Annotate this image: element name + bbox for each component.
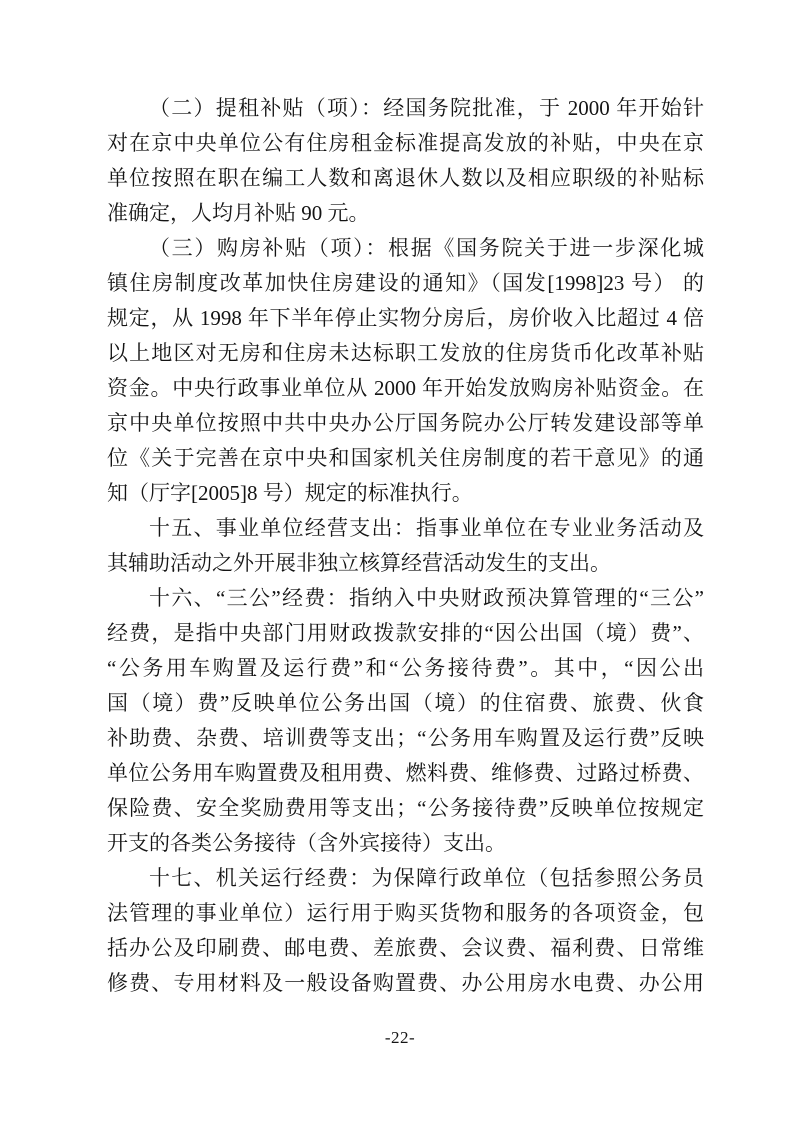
text-line: 规定，从 1998 年下半年停止实物分房后，房价收入比超过 4 倍 [107,301,704,336]
text-line: 位《关于完善在京中央和国家机关住房制度的若干意见》的通 [107,441,704,476]
text-line: 补助费、杂费、培训费等支出；“公务用车购置及运行费”反映 [107,721,704,756]
text-line: 十六、“三公”经费：指纳入中央财政预决算管理的“三公” [107,581,704,616]
text-line: 修费、专用材料及一般设备购置费、办公用房水电费、办公用 [107,966,704,1001]
paragraph: 十五、事业单位经营支出：指事业单位在专业业务活动及其辅助活动之外开展非独立核算经… [107,511,704,581]
text-line: 开支的各类公务接待（含外宾接待）支出。 [107,826,704,861]
document-page: （二）提租补贴（项）：经国务院批准，于 2000 年开始针对在京中央单位公有住房… [0,0,800,1131]
text-line: 国（境）费”反映单位公务出国（境）的住宿费、旅费、伙食 [107,686,704,721]
text-line: 京中央单位按照中共中央办公厅国务院办公厅转发建设部等单 [107,406,704,441]
text-line: 单位公务用车购置费及租用费、燃料费、维修费、过路过桥费、 [107,756,704,791]
text-line: 准确定，人均月补贴 90 元。 [107,196,704,231]
text-line: 以上地区对无房和住房未达标职工发放的住房货币化改革补贴 [107,336,704,371]
text-line: （二）提租补贴（项）：经国务院批准，于 2000 年开始针 [107,91,704,126]
text-line: 十七、机关运行经费：为保障行政单位（包括参照公务员 [107,861,704,896]
page-number: -22- [0,1028,800,1048]
text-line: 知（厅字[2005]8 号）规定的标准执行。 [107,476,704,511]
text-line: 保险费、安全奖励费用等支出；“公务接待费”反映单位按规定 [107,791,704,826]
text-line: “公务用车购置及运行费”和“公务接待费”。其中，“因公出 [107,651,704,686]
paragraph: 十七、机关运行经费：为保障行政单位（包括参照公务员法管理的事业单位）运行用于购买… [107,861,704,1001]
text-line: 法管理的事业单位）运行用于购买货物和服务的各项资金，包 [107,896,704,931]
document-body: （二）提租补贴（项）：经国务院批准，于 2000 年开始针对在京中央单位公有住房… [107,91,704,1001]
paragraph: （三）购房补贴（项）：根据《国务院关于进一步深化城镇住房制度改革加快住房建设的通… [107,231,704,511]
text-line: 对在京中央单位公有住房租金标准提高发放的补贴，中央在京 [107,126,704,161]
text-line: 单位按照在职在编工人数和离退休人数以及相应职级的补贴标 [107,161,704,196]
text-line: 十五、事业单位经营支出：指事业单位在专业业务活动及 [107,511,704,546]
text-line: 经费，是指中央部门用财政拨款安排的“因公出国（境）费”、 [107,616,704,651]
text-line: 镇住房制度改革加快住房建设的通知》（国发[1998]23 号） 的 [107,266,704,301]
text-line: 其辅助活动之外开展非独立核算经营活动发生的支出。 [107,546,704,581]
text-line: 资金。中央行政事业单位从 2000 年开始发放购房补贴资金。在 [107,371,704,406]
paragraph: 十六、“三公”经费：指纳入中央财政预决算管理的“三公”经费，是指中央部门用财政拨… [107,581,704,861]
text-line: 括办公及印刷费、邮电费、差旅费、会议费、福利费、日常维 [107,931,704,966]
text-line: （三）购房补贴（项）：根据《国务院关于进一步深化城 [107,231,704,266]
paragraph: （二）提租补贴（项）：经国务院批准，于 2000 年开始针对在京中央单位公有住房… [107,91,704,231]
